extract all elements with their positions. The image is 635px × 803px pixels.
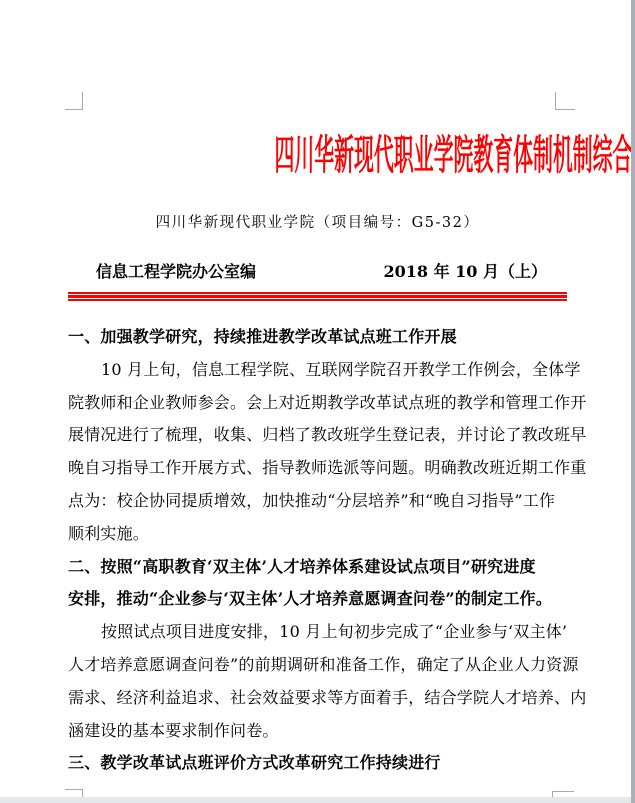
- page-bottom-edge: [0, 797, 635, 803]
- body-line: 展情况进行了梳理，收集、归档了教改班学生登记表，并讨论了教改班早: [68, 419, 570, 452]
- masthead-row: 信息工程学院办公室编 2018 年 10 月（上）: [68, 261, 567, 283]
- text-boundary-mark-top-right: [555, 92, 575, 110]
- text-boundary-mark-top-left: [65, 92, 83, 110]
- body-line: 点为：校企协同提质增效，加快推动“分层培养”和“晚自习指导”工作: [68, 485, 570, 518]
- section-1-heading: 一、加强教学研究，持续推进教学改革试点班工作开展: [68, 321, 570, 354]
- section-3-heading: 三、教学改革试点班评价方式改革研究工作持续进行: [68, 747, 570, 780]
- section-2-heading-line-2: 安排，推动“企业参与‘双主体’人才培养意愿调查问卷”的制定工作。: [68, 583, 570, 616]
- bulletin-title-row: 四川华新现代职业学院教育体制机制综合改革试点项目简报: [0, 124, 635, 186]
- bulletin-title: 四川华新现代职业学院教育体制机制综合改革试点项目简报: [274, 124, 635, 186]
- body-line: 需求、经济利益追求、社会效益要求等方面着手，结合学院人才培养、内: [68, 682, 570, 715]
- body-line: 晚自习指导工作开展方式、指导教师选派等问题。明确教改班近期工作重: [68, 452, 570, 485]
- section-2-heading-line-1: 二、按照“高职教育‘双主体’人才培养体系建设试点项目”研究进度: [68, 551, 570, 584]
- bulletin-subtitle: 四川华新现代职业学院（项目编号：G5-32）: [0, 213, 635, 233]
- masthead-issue-date: 2018 年 10 月（上）: [383, 261, 567, 283]
- document-page[interactable]: 四川华新现代职业学院教育体制机制综合改革试点项目简报 四川华新现代职业学院（项目…: [0, 0, 635, 803]
- masthead-editor: 信息工程学院办公室编: [68, 261, 256, 283]
- body-line: 10 月上旬，信息工程学院、互联网学院召开教学工作例会，全体学: [68, 354, 570, 387]
- page-right-edge: [631, 0, 635, 803]
- body-line: 人才培养意愿调查问卷”的前期调研和准备工作，确定了从企业人力资源: [68, 649, 570, 682]
- masthead-red-rule: [68, 292, 567, 301]
- document-body: 一、加强教学研究，持续推进教学改革试点班工作开展 10 月上旬，信息工程学院、互…: [68, 321, 570, 780]
- body-line: 按照试点项目进度安排，10 月上旬初步完成了“企业参与‘双主体’: [68, 616, 570, 649]
- body-line: 涵建设的基本要求制作问卷。: [68, 715, 570, 748]
- body-line: 顺利实施。: [68, 518, 570, 551]
- body-line: 院教师和企业教师参会。会上对近期教学改革试点班的教学和管理工作开: [68, 387, 570, 420]
